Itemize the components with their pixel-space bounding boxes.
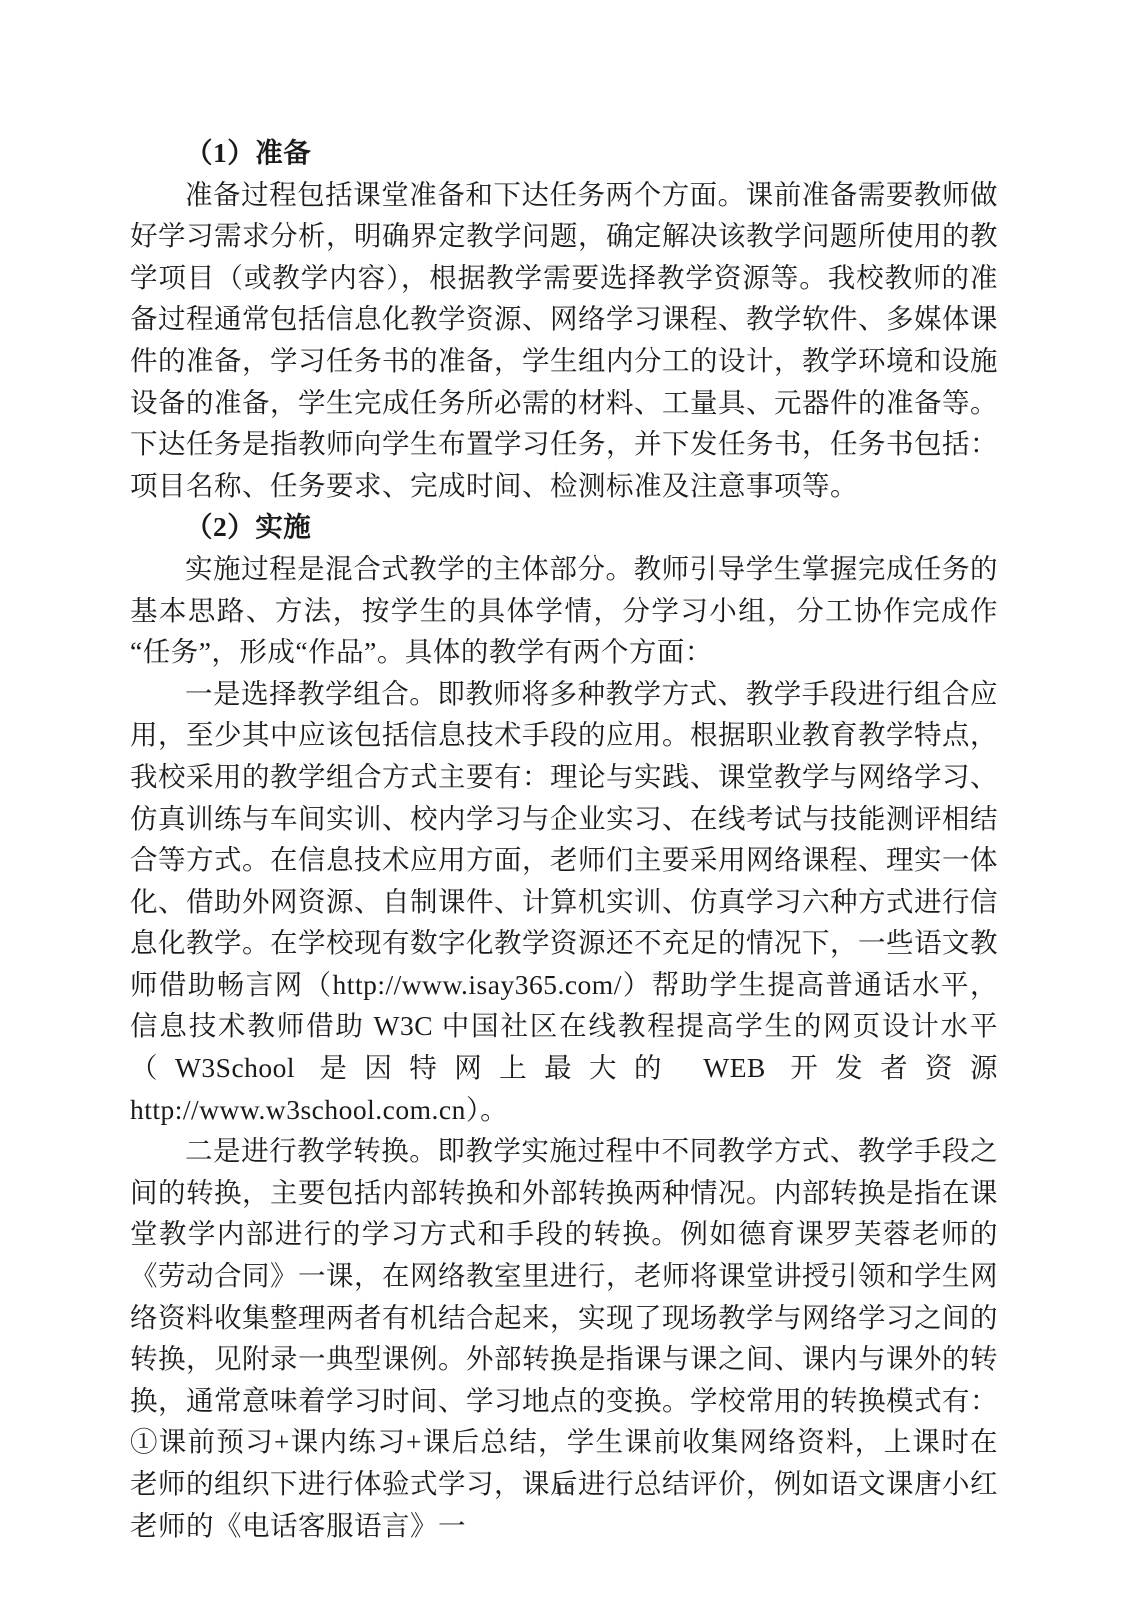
text-block: （1）准备 准备过程包括课堂准备和下达任务两个方面。课前准备需要教师做好学习需求… bbox=[130, 132, 998, 1546]
section-heading-preparation: （1）准备 bbox=[130, 132, 998, 174]
section-heading-implementation: （2）实施 bbox=[130, 506, 998, 548]
document-page: （1）准备 准备过程包括课堂准备和下达任务两个方面。课前准备需要教师做好学习需求… bbox=[0, 0, 1131, 1600]
paragraph-preparation-body: 准备过程包括课堂准备和下达任务两个方面。课前准备需要教师做好学习需求分析，明确界… bbox=[130, 174, 998, 507]
paragraph-implementation-intro: 实施过程是混合式教学的主体部分。教师引导学生掌握完成任务的基本思路、方法，按学生… bbox=[130, 548, 998, 673]
paragraph-teaching-combination: 一是选择教学组合。即教师将多种教学方式、教学手段进行组合应用，至少其中应该包括信… bbox=[130, 673, 998, 1131]
page-number: 16 bbox=[130, 1474, 998, 1502]
